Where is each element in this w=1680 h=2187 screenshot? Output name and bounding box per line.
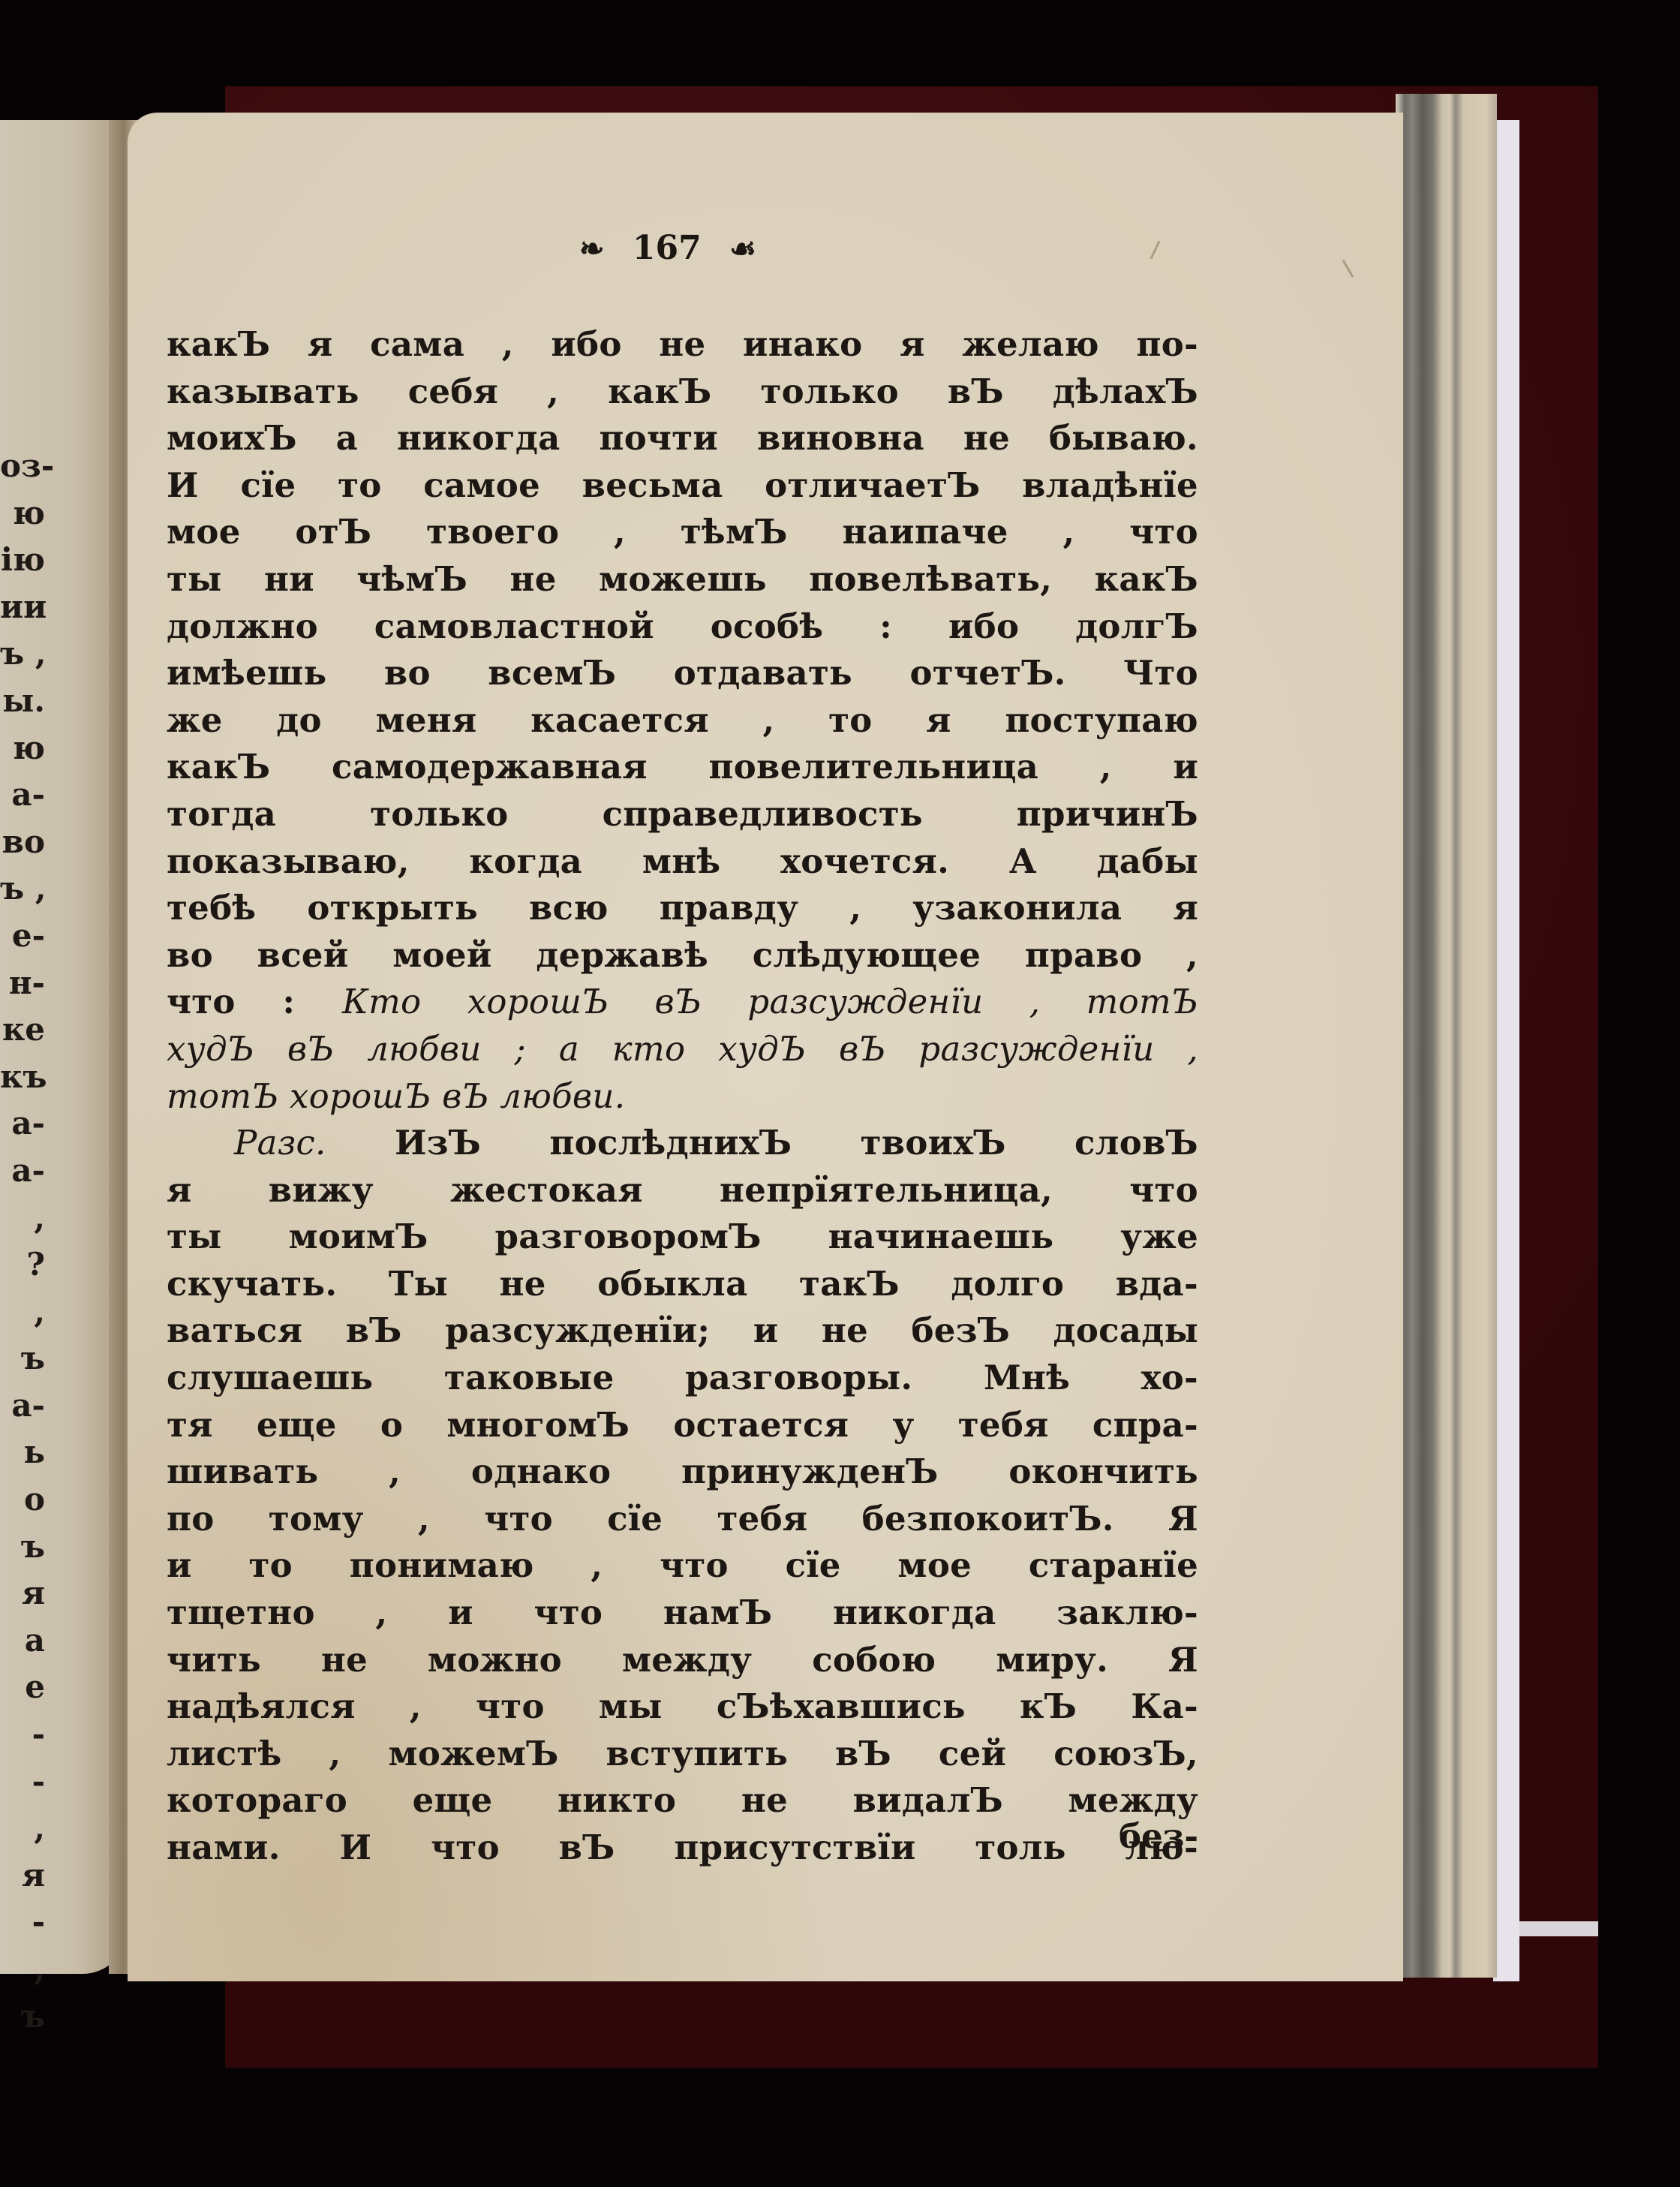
- left-page-fragment: во: [0, 819, 45, 866]
- left-page-fragment: я: [0, 1852, 45, 1900]
- law-prefix: что :: [167, 982, 295, 1021]
- law-line-italic: худЪ вЪ любви ; а кто худЪ вЪ разсужденї…: [167, 1026, 1198, 1073]
- left-page-fragment: -: [0, 1899, 45, 1946]
- text-line: И сїе то самое весьма отличаетЪ владѣнїе: [167, 462, 1198, 510]
- left-page-fragment: о: [0, 1476, 45, 1524]
- left-page-fragment: ъ ,: [0, 630, 45, 678]
- left-page-fragment: ии: [0, 584, 45, 631]
- page-header: ❧ 167 ☙: [525, 229, 810, 267]
- text-line: тя еще о многомЪ остается у тебя спра-: [167, 1402, 1198, 1449]
- text-line: какЪ самодержавная повелительница , и: [167, 744, 1198, 791]
- speaker-label: Разс.: [234, 1123, 326, 1163]
- left-page-fragment: ъ ,: [0, 865, 45, 913]
- speaker-line: Разс. ИзЪ послѣднихЪ твоихЪ словЪ: [167, 1120, 1198, 1167]
- page-body-text: какЪ я сама , ибо не инако я желаю по- к…: [167, 321, 1198, 1872]
- text-line: ты ни чѣмЪ не можешь повелѣвать, какЪ: [167, 556, 1198, 603]
- text-line: во всей моей державѣ слѣдующее право ,: [167, 932, 1198, 979]
- left-page-fragment: ?: [0, 1241, 45, 1289]
- left-page-fragment: е: [0, 1664, 45, 1711]
- text-line: и то понимаю , что сїе мое старанїе: [167, 1542, 1198, 1590]
- left-page-fragment: а-: [0, 772, 45, 819]
- left-page-fragment: -: [0, 1711, 45, 1758]
- left-page-fragment: е-: [0, 913, 45, 960]
- law-line-italic-end: тотЪ хорошЪ вЪ любви.: [167, 1073, 1198, 1121]
- text-line: мое отЪ твоего , тѣмЪ наипаче , что: [167, 509, 1198, 556]
- left-page-fragment: ъ: [0, 1335, 45, 1382]
- text-line: нами. И что вЪ присутствїи толь лю-: [167, 1825, 1198, 1872]
- ornament-right-icon: ☙: [729, 231, 756, 266]
- left-page-fragment: ,: [0, 1289, 45, 1336]
- text-line: какЪ я сама , ибо не инако я желаю по-: [167, 321, 1198, 369]
- page-number: 167: [633, 229, 702, 267]
- text-line: чить не можно между собою миру. Я: [167, 1637, 1198, 1684]
- text-line: моихЪ а никогда почти виновна не бываю.: [167, 415, 1198, 462]
- ornament-left-icon: ❧: [579, 231, 605, 266]
- left-page-fragment: а-: [0, 1100, 45, 1148]
- left-page-fragment: ь: [0, 1429, 45, 1476]
- left-page-fragment: а-: [0, 1148, 45, 1195]
- left-page-fragment: ,: [0, 1805, 45, 1852]
- left-page-fragment: ъ: [0, 1524, 45, 1571]
- law-line: что : Кто хорошЪ вЪ разсужденїи , тотЪ: [167, 979, 1198, 1026]
- text-line: листѣ , можемЪ вступить вЪ сей союзЪ,: [167, 1731, 1198, 1778]
- left-page-fragment: -: [0, 1758, 45, 1806]
- left-page-fragment: а: [0, 1617, 45, 1665]
- text-line: должно самовластной особѣ : ибо долгЪ: [167, 603, 1198, 651]
- text-line: ты моимЪ разговоромЪ начинаешь уже: [167, 1214, 1198, 1261]
- left-page-fragment: я: [0, 1570, 45, 1617]
- text-line: котораго еще никто не видалЪ между: [167, 1777, 1198, 1825]
- text-line: я вижу жестокая непрїятельница, что: [167, 1167, 1198, 1214]
- flyleaf-edge: [1493, 120, 1519, 1981]
- text-line: ваться вЪ разсужденїи; и не безЪ досады: [167, 1307, 1198, 1355]
- text-line: слушаешь таковые разговоры. Мнѣ хо-: [167, 1355, 1198, 1402]
- text-line: же до меня касается , то я поступаю: [167, 697, 1198, 745]
- left-page-fragment: ъ: [0, 1993, 45, 2041]
- text-line: имѣешь во всемЪ отдавать отчетЪ. Что: [167, 650, 1198, 697]
- text-line: тебѣ открыть всю правду , узаконила я: [167, 885, 1198, 932]
- text-line: по тому , что сїе тебя безпокоитЪ. Я: [167, 1496, 1198, 1543]
- left-page-fragment: ,: [0, 1195, 45, 1242]
- page-block-edges: [1396, 94, 1497, 1978]
- left-page-fragment: ы.: [0, 678, 45, 725]
- left-page-fragment: а-: [0, 1382, 45, 1430]
- text-line: надѣялся , что мы сЪѣхавшись кЪ Ка-: [167, 1683, 1198, 1731]
- left-page-fragment: ю: [0, 490, 45, 537]
- left-page-fragment: ю: [0, 725, 45, 772]
- left-page-text-fragments: оз-юіюииъ ,ы.юа-воъ ,е-н-кекъа-а-,?,ъа-ь…: [0, 443, 45, 2040]
- text-line: скучать. Ты не обыкла такЪ долго вда-: [167, 1261, 1198, 1308]
- left-page-fragment: оз-: [0, 443, 45, 490]
- left-page-fragment: къ: [0, 1054, 45, 1101]
- left-page-fragment: ке: [0, 1006, 45, 1054]
- text-line: показываю, когда мнѣ хочется. А дабы: [167, 838, 1198, 886]
- text-line: казывать себя , какЪ только вЪ дѣлахЪ: [167, 369, 1198, 416]
- law-italic-text: Кто хорошЪ вЪ разсужденїи , тотЪ: [342, 982, 1198, 1021]
- text-line: тогда только справедливость причинЪ: [167, 791, 1198, 838]
- text-line: шивать , однако принужденЪ окончить: [167, 1448, 1198, 1496]
- text-line: тщетно , и что намЪ никогда заклю-: [167, 1590, 1198, 1637]
- left-page-fragment: ,: [0, 1946, 45, 1993]
- speaker-line-text: ИзЪ послѣднихЪ твоихЪ словЪ: [395, 1123, 1198, 1163]
- left-page-fragment: ію: [0, 537, 45, 584]
- left-page-fragment: н-: [0, 960, 45, 1007]
- catchword: без-: [1110, 1816, 1198, 1856]
